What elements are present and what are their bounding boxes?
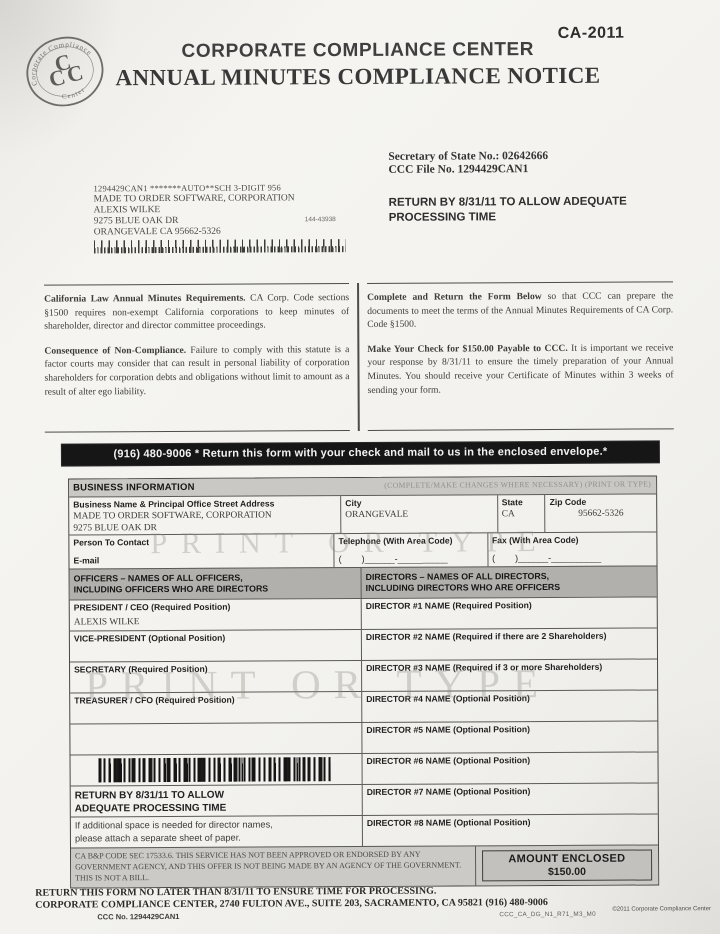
officers-header: OFFICERS – NAMES OF ALL OFFICERS, INCLUD… — [70, 568, 361, 600]
table-row: DIRECTOR #5 NAME (Optional Position) — [70, 720, 657, 754]
return-by-notice: RETURN BY 8/31/11 TO ALLOW ADEQUATE PROC… — [389, 194, 659, 225]
president-name-value: ALEXIS WILKE — [74, 615, 357, 629]
column-divider — [357, 283, 359, 431]
additional-space-note: If additional space is needed for direct… — [71, 816, 362, 848]
recipient-company: MADE TO ORDER SOFTWARE, CORPORATION — [94, 193, 295, 204]
amount-value: $150.00 — [548, 866, 586, 878]
city-field: City ORANGEVALE — [340, 495, 497, 533]
legal-disclaimer: CA B&P CODE SEC 17533.6. THIS SERVICE HA… — [71, 846, 475, 887]
notice-column-left: California Law Annual Minutes Requiremen… — [44, 283, 350, 433]
tray-code: 144-43938 — [305, 216, 336, 223]
amount-enclosed-cell: AMOUNT ENCLOSED $150.00 — [475, 845, 659, 885]
directors-header: DIRECTORS – NAMES OF ALL DIRECTORS, INCL… — [361, 566, 657, 598]
table-row: If additional space is needed for direct… — [71, 813, 658, 847]
section-note: (COMPLETE/MAKE CHANGES WHERE NECESSARY) … — [384, 479, 651, 489]
processing-barcode-cell — [71, 754, 362, 786]
person-to-contact-field: Person To Contact E-mail — [69, 534, 333, 568]
recipient-contact: ALEXIS WILKE — [94, 205, 161, 215]
table-row: RETURN BY 8/31/11 TO ALLOW ADEQUATE PROC… — [71, 782, 658, 816]
business-info-row: Business Name & Principal Office Street … — [69, 493, 656, 534]
footer-copyright: ©2011 Corporate Compliance Center — [612, 906, 711, 913]
scanned-compliance-notice: Corporate Compliance Center C C C CA-201… — [0, 0, 720, 934]
ccc-file-number: CCC File No. 1294429CAN1 — [388, 163, 528, 176]
notice-paragraph: California Law Annual Minutes Requiremen… — [44, 291, 349, 333]
business-name-field: Business Name & Principal Office Street … — [69, 496, 340, 534]
postnet-barcode-icon — [94, 239, 346, 253]
director-3-field: DIRECTOR #3 NAME (Required if 3 or more … — [361, 659, 657, 691]
fax-blank: ( )______-__________ — [492, 553, 601, 564]
recipient-street: 9275 BLUE OAK DR — [94, 216, 179, 226]
officers-directors-header-row: OFFICERS – NAMES OF ALL OFFICERS, INCLUD… — [70, 565, 657, 599]
contact-row: Person To Contact E-mail Telephone (With… — [69, 531, 656, 568]
director-4-field: DIRECTOR #4 NAME (Optional Position) — [361, 690, 657, 722]
org-title: CORPORATE COMPLIANCE CENTER — [88, 39, 628, 64]
telephone-blank: ( )______-__________ — [339, 554, 448, 565]
amount-enclosed-box: AMOUNT ENCLOSED $150.00 — [482, 849, 653, 881]
table-row: TREASURER / CFO (Required Position) DIRE… — [70, 689, 657, 723]
business-form-table: BUSINESS INFORMATION (COMPLETE/MAKE CHAN… — [68, 475, 659, 888]
table-row: DIRECTOR #6 NAME (Optional Position) — [71, 751, 658, 785]
director-8-field: DIRECTOR #8 NAME (Optional Position) — [362, 814, 658, 846]
notice-paragraph: Complete and Return the Form Below so th… — [367, 289, 673, 331]
notice-paragraph: Make Your Check for $150.00 Payable to C… — [367, 341, 673, 397]
telephone-field: Telephone (With Area Code) ( )______-___… — [333, 533, 487, 567]
president-ceo-field: PRESIDENT / CEO (Required Position) ALEX… — [70, 599, 361, 631]
director-2-field: DIRECTOR #2 NAME (Required if there are … — [361, 628, 657, 660]
secretary-field: SECRETARY (Required Position) — [70, 661, 361, 693]
mail-sort-line: 1294429CAN1 *******AUTO**SCH 3-DIGIT 956 — [94, 182, 281, 193]
empty-cell — [70, 723, 361, 755]
table-row: PRESIDENT / CEO (Required Position) ALEX… — [70, 596, 657, 630]
footer-ccc-number: CCC No. 1294429CAN1 — [97, 912, 179, 921]
fax-field: Fax (With Area Code) ( )______-_________… — [487, 532, 657, 566]
sos-number: Secretary of State No.: 02642666 — [388, 150, 548, 163]
notice-paragraph: Consequence of Non-Compliance. Failure t… — [44, 343, 349, 399]
processing-barcode-icon — [99, 757, 331, 782]
footer-deadline-line: RETURN THIS FORM NO LATER THAN 8/31/11 T… — [35, 886, 436, 899]
disclaimer-row: CA B&P CODE SEC 17533.6. THIS SERVICE HA… — [71, 844, 658, 887]
notice-column-right: Complete and Return the Form Below so th… — [367, 281, 674, 431]
table-row: VICE-PRESIDENT (Optional Position) DIREC… — [70, 627, 657, 661]
vice-president-field: VICE-PRESIDENT (Optional Position) — [70, 630, 361, 662]
table-row: SECRETARY (Required Position) DIRECTOR #… — [70, 658, 657, 692]
recipient-city-state-zip: ORANGEVALE CA 95662-5326 — [94, 227, 221, 238]
footer-doc-code: CCC_CA_DG_N1_R71_M3_M0 — [499, 911, 596, 919]
director-7-field: DIRECTOR #7 NAME (Optional Position) — [362, 783, 658, 815]
phone-banner: (916) 480-9006 * Return this form with y… — [62, 441, 659, 465]
footer-address-line: CORPORATE COMPLIANCE CENTER, 2740 FULTON… — [35, 897, 548, 911]
state-field: State CA — [497, 495, 545, 532]
zip-field: Zip Code 95662-5326 — [545, 494, 657, 532]
director-1-field: DIRECTOR #1 NAME (Required Position) — [361, 597, 657, 629]
treasurer-cfo-field: TREASURER / CFO (Required Position) — [70, 692, 361, 724]
notice-title: ANNUAL MINUTES COMPLIANCE NOTICE — [38, 62, 678, 91]
director-5-field: DIRECTOR #5 NAME (Optional Position) — [361, 721, 657, 753]
return-by-cell: RETURN BY 8/31/11 TO ALLOW ADEQUATE PROC… — [71, 785, 362, 817]
section-title: BUSINESS INFORMATION — [69, 482, 195, 494]
email-field-label: E-mail — [73, 556, 99, 567]
director-6-field: DIRECTOR #6 NAME (Optional Position) — [362, 752, 658, 784]
